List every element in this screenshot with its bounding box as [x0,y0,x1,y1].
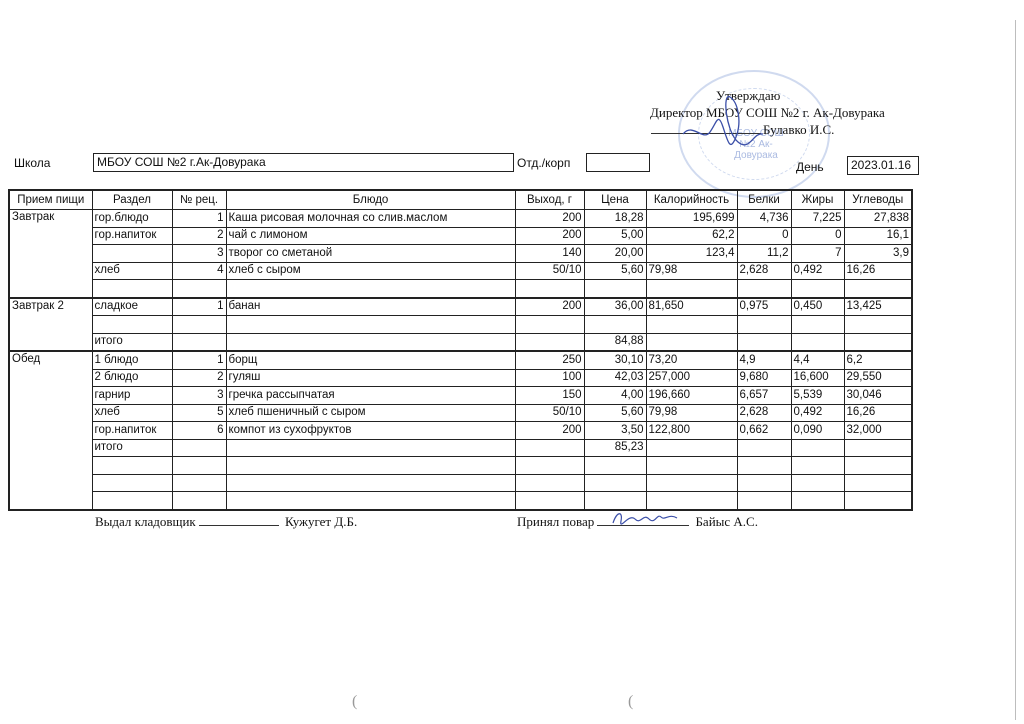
dish-cell: Каша рисовая молочная со слив.маслом [226,210,515,228]
table-row [9,457,912,475]
col-carbs: Углеводы [844,190,912,210]
kcal-cell [646,439,737,457]
carbs-cell: 16,26 [844,404,912,422]
fat-cell: 0,492 [791,404,844,422]
section-cell [92,457,172,475]
protein-cell: 11,2 [737,245,791,263]
recipe-cell: 2 [172,369,226,387]
received-label: Принял повар [517,514,594,529]
kcal-cell: 196,660 [646,387,737,405]
dish-cell: компот из сухофруктов [226,422,515,440]
section-cell [92,316,172,334]
kcal-cell [646,457,737,475]
yield-cell [515,316,584,334]
price-cell: 42,03 [584,369,646,387]
yield-cell [515,492,584,510]
section-cell: хлеб [92,262,172,280]
dept-label: Отд./корп [517,156,570,170]
recipe-cell: 5 [172,404,226,422]
approver-name: Булавко И.С. [763,122,834,137]
recipe-cell: 1 [172,210,226,228]
table-row [9,280,912,298]
yield-cell: 140 [515,245,584,263]
meal-cell: Завтрак 2 [9,298,92,352]
section-cell: гор.блюдо [92,210,172,228]
table-row: Завтрак 2сладкое1банан20036,0081,6500,97… [9,298,912,316]
kcal-cell: 195,699 [646,210,737,228]
kcal-cell [646,316,737,334]
yield-cell [515,333,584,351]
yield-cell: 250 [515,351,584,369]
protein-cell [737,316,791,334]
menu-table-body: Завтракгор.блюдо1Каша рисовая молочная с… [9,210,912,510]
price-cell [584,492,646,510]
protein-cell: 6,657 [737,387,791,405]
yield-cell: 200 [515,210,584,228]
fat-cell: 7 [791,245,844,263]
fat-cell: 0,090 [791,422,844,440]
carbs-cell: 6,2 [844,351,912,369]
section-cell [92,492,172,510]
table-row: хлеб5хлеб пшеничный с сыром50/105,6079,9… [9,404,912,422]
kcal-cell [646,492,737,510]
kcal-cell [646,474,737,492]
dish-cell [226,280,515,298]
fat-cell [791,492,844,510]
carbs-cell: 30,046 [844,387,912,405]
protein-cell: 0 [737,227,791,245]
menu-table: Прием пищи Раздел № рец. Блюдо Выход, г … [8,189,913,511]
issued-label: Выдал кладовщик [95,514,196,529]
table-row: итого85,23 [9,439,912,457]
dish-cell [226,316,515,334]
price-cell: 5,00 [584,227,646,245]
protein-cell: 0,975 [737,298,791,316]
kcal-cell: 123,4 [646,245,737,263]
protein-cell [737,474,791,492]
recipe-cell: 1 [172,298,226,316]
protein-cell [737,492,791,510]
section-cell: хлеб [92,404,172,422]
yield-cell: 200 [515,227,584,245]
fat-cell: 0 [791,227,844,245]
section-cell: гарнир [92,387,172,405]
price-cell [584,457,646,475]
fat-cell [791,280,844,298]
scan-artifact: ( [352,693,357,711]
yield-cell: 50/10 [515,262,584,280]
table-row: гор.напиток2чай с лимоном2005,0062,20016… [9,227,912,245]
recipe-cell: 2 [172,227,226,245]
dish-cell: хлеб пшеничный с сыром [226,404,515,422]
carbs-cell: 13,425 [844,298,912,316]
kcal-cell [646,333,737,351]
carbs-cell: 16,26 [844,262,912,280]
footer-received: Принял повар Байыс А.С. [517,514,758,530]
carbs-cell: 3,9 [844,245,912,263]
table-row [9,316,912,334]
price-cell: 85,23 [584,439,646,457]
protein-cell [737,457,791,475]
kcal-cell: 73,20 [646,351,737,369]
protein-cell: 2,628 [737,404,791,422]
yield-cell: 100 [515,369,584,387]
col-price: Цена [584,190,646,210]
yield-cell [515,474,584,492]
carbs-cell: 29,550 [844,369,912,387]
table-row: 2 блюдо2гуляш10042,03257,0009,68016,6002… [9,369,912,387]
protein-cell [737,439,791,457]
recipe-cell [172,474,226,492]
price-cell: 5,60 [584,404,646,422]
col-yield: Выход, г [515,190,584,210]
school-field[interactable]: МБОУ СОШ №2 г.Ак-Довурака [93,153,514,172]
fat-cell [791,457,844,475]
table-row: итого84,88 [9,333,912,351]
table-row [9,492,912,510]
section-cell: 1 блюдо [92,351,172,369]
dish-cell: творог со сметаной [226,245,515,263]
dept-field[interactable] [586,153,650,172]
section-cell: итого [92,333,172,351]
col-fat: Жиры [791,190,844,210]
yield-cell: 50/10 [515,404,584,422]
col-protein: Белки [737,190,791,210]
dish-cell [226,439,515,457]
dish-cell: гуляш [226,369,515,387]
fat-cell: 4,4 [791,351,844,369]
fat-cell [791,333,844,351]
carbs-cell [844,333,912,351]
dish-cell [226,457,515,475]
dish-cell: чай с лимоном [226,227,515,245]
protein-cell: 2,628 [737,262,791,280]
price-cell: 84,88 [584,333,646,351]
recipe-cell [172,439,226,457]
dish-cell [226,492,515,510]
kcal-cell: 79,98 [646,262,737,280]
table-row: Завтракгор.блюдо1Каша рисовая молочная с… [9,210,912,228]
yield-cell: 200 [515,298,584,316]
kcal-cell: 257,000 [646,369,737,387]
yield-cell [515,280,584,298]
dish-cell: гречка рассыпчатая [226,387,515,405]
price-cell [584,474,646,492]
school-label: Школа [14,156,50,170]
fat-cell [791,474,844,492]
price-cell: 4,00 [584,387,646,405]
price-cell [584,316,646,334]
carbs-cell [844,492,912,510]
yield-cell: 200 [515,422,584,440]
col-dish: Блюдо [226,190,515,210]
cook-signature-icon [609,509,679,527]
received-signature-blank [597,515,689,526]
received-name: Байыс А.С. [695,514,758,529]
carbs-cell [844,457,912,475]
recipe-cell: 4 [172,262,226,280]
issued-name: Кужугет Д.Б. [285,514,357,529]
yield-cell [515,439,584,457]
fat-cell [791,316,844,334]
col-section: Раздел [92,190,172,210]
page-edge [1015,20,1016,720]
table-row [9,474,912,492]
section-cell [92,474,172,492]
carbs-cell [844,439,912,457]
table-row: 3творог со сметаной14020,00123,411,273,9 [9,245,912,263]
carbs-cell: 16,1 [844,227,912,245]
col-recipe: № рец. [172,190,226,210]
table-row: Обед1 блюдо1борщ25030,1073,204,94,46,2 [9,351,912,369]
carbs-cell [844,280,912,298]
director-signature-icon [678,92,768,162]
carbs-cell [844,316,912,334]
kcal-cell: 62,2 [646,227,737,245]
protein-cell: 4,736 [737,210,791,228]
carbs-cell: 27,838 [844,210,912,228]
section-cell [92,245,172,263]
section-cell [92,280,172,298]
recipe-cell [172,457,226,475]
protein-cell: 0,662 [737,422,791,440]
recipe-cell [172,280,226,298]
scan-artifact: ( [628,693,633,711]
protein-cell: 4,9 [737,351,791,369]
table-row: хлеб4хлеб с сыром50/105,6079,982,6280,49… [9,262,912,280]
section-cell: гор.напиток [92,227,172,245]
meal-cell: Завтрак [9,210,92,298]
recipe-cell: 6 [172,422,226,440]
footer-issued: Выдал кладовщик Кужугет Д.Б. [95,514,357,530]
fat-cell: 5,539 [791,387,844,405]
fat-cell: 0,492 [791,262,844,280]
dish-cell: банан [226,298,515,316]
price-cell: 5,60 [584,262,646,280]
protein-cell [737,333,791,351]
table-header-row: Прием пищи Раздел № рец. Блюдо Выход, г … [9,190,912,210]
section-cell: гор.напиток [92,422,172,440]
price-cell: 20,00 [584,245,646,263]
table-row: гор.напиток6компот из сухофруктов2003,50… [9,422,912,440]
kcal-cell: 81,650 [646,298,737,316]
section-cell: итого [92,439,172,457]
section-cell: 2 блюдо [92,369,172,387]
kcal-cell [646,280,737,298]
fat-cell: 7,225 [791,210,844,228]
price-cell: 3,50 [584,422,646,440]
protein-cell [737,280,791,298]
price-cell: 30,10 [584,351,646,369]
fat-cell: 0,450 [791,298,844,316]
price-cell: 36,00 [584,298,646,316]
issued-signature-blank [199,515,279,526]
meal-cell: Обед [9,351,92,510]
yield-cell: 150 [515,387,584,405]
table-row: гарнир3 гречка рассыпчатая1504,00196,660… [9,387,912,405]
dish-cell [226,333,515,351]
recipe-cell: 3 [172,387,226,405]
col-kcal: Калорийность [646,190,737,210]
recipe-cell [172,492,226,510]
kcal-cell: 79,98 [646,404,737,422]
protein-cell: 9,680 [737,369,791,387]
carbs-cell [844,474,912,492]
recipe-cell: 3 [172,245,226,263]
price-cell [584,280,646,298]
dish-cell: борщ [226,351,515,369]
kcal-cell: 122,800 [646,422,737,440]
recipe-cell [172,333,226,351]
col-meal: Прием пищи [9,190,92,210]
yield-cell [515,457,584,475]
recipe-cell: 1 [172,351,226,369]
day-field[interactable]: 2023.01.16 [847,156,919,175]
section-cell: сладкое [92,298,172,316]
day-label: День [796,160,824,174]
carbs-cell: 32,000 [844,422,912,440]
fat-cell: 16,600 [791,369,844,387]
dish-cell [226,474,515,492]
fat-cell [791,439,844,457]
price-cell: 18,28 [584,210,646,228]
dish-cell: хлеб с сыром [226,262,515,280]
recipe-cell [172,316,226,334]
